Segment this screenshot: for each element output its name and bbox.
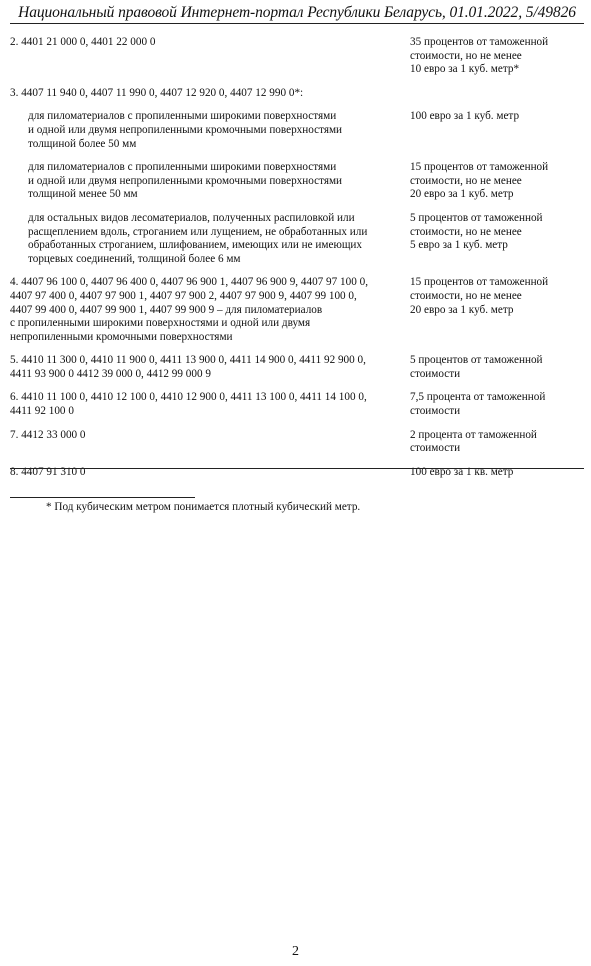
row-description: 6. 4410 11 100 0, 4410 12 100 0, 4410 12…: [10, 391, 410, 418]
row-description: для пиломатериалов с пропиленными широки…: [10, 161, 410, 202]
text-line: для остальных видов лесоматериалов, полу…: [28, 212, 410, 226]
row-rate: 15 процентов от таможеннойстоимости, но …: [410, 276, 584, 344]
text-line: 6. 4410 11 100 0, 4410 12 100 0, 4410 12…: [10, 391, 410, 405]
row-description: 7. 4412 33 000 0: [10, 429, 410, 456]
row-rate: 5 процентов от таможеннойстоимости, но н…: [410, 212, 584, 266]
text-line: 7,5 процента от таможенной: [410, 391, 584, 405]
page-header: Национальный правовой Интернет-портал Ре…: [10, 4, 584, 22]
text-line: стоимости: [410, 405, 584, 419]
table-row: для остальных видов лесоматериалов, полу…: [10, 212, 584, 266]
text-line: 5 процентов от таможенной: [410, 212, 584, 226]
table-row: 7. 4412 33 000 02 процента от таможенной…: [10, 429, 584, 456]
text-line: непропиленными кромочными поверхностями: [10, 331, 410, 345]
text-line: с пропиленными широкими поверхностями и …: [10, 317, 410, 331]
row-description: для остальных видов лесоматериалов, полу…: [10, 212, 410, 266]
tariff-table: 2. 4401 21 000 0, 4401 22 000 035 процен…: [10, 36, 584, 489]
text-line: 4407 99 400 0, 4407 99 900 1, 4407 99 90…: [10, 304, 410, 318]
text-line: стоимости: [410, 442, 584, 456]
text-line: стоимости, но не менее: [410, 175, 584, 189]
text-line: 4411 92 100 0: [10, 405, 410, 419]
text-line: 3. 4407 11 940 0, 4407 11 990 0, 4407 12…: [10, 87, 410, 101]
footnote: * Под кубическим метром понимается плотн…: [46, 500, 360, 514]
text-line: торцевых соединений, толщиной более 6 мм: [28, 253, 410, 267]
text-line: 5. 4410 11 300 0, 4410 11 900 0, 4411 13…: [10, 354, 410, 368]
text-line: для пиломатериалов с пропиленными широки…: [28, 161, 410, 175]
row-rate: [410, 87, 584, 101]
table-row: 4. 4407 96 100 0, 4407 96 400 0, 4407 96…: [10, 276, 584, 344]
text-line: 35 процентов от таможенной: [410, 36, 584, 50]
footnote-divider: [10, 497, 195, 498]
row-description: 5. 4410 11 300 0, 4410 11 900 0, 4411 13…: [10, 354, 410, 381]
table-row: 5. 4410 11 300 0, 4410 11 900 0, 4411 13…: [10, 354, 584, 381]
text-line: 10 евро за 1 куб. метр*: [410, 63, 584, 77]
text-line: стоимости, но не менее: [410, 50, 584, 64]
text-line: и одной или двумя непропиленными кромочн…: [28, 124, 410, 138]
header-divider: [10, 23, 584, 24]
text-line: 5 процентов от таможенной: [410, 354, 584, 368]
row-rate: 15 процентов от таможеннойстоимости, но …: [410, 161, 584, 202]
text-line: стоимости, но не менее: [410, 226, 584, 240]
row-rate: 35 процентов от таможеннойстоимости, но …: [410, 36, 584, 77]
row-rate: 5 процентов от таможеннойстоимости: [410, 354, 584, 381]
text-line: толщиной менее 50 мм: [28, 188, 410, 202]
text-line: 20 евро за 1 куб. метр: [410, 188, 584, 202]
text-line: 100 евро за 1 куб. метр: [410, 110, 584, 124]
table-row: 3. 4407 11 940 0, 4407 11 990 0, 4407 12…: [10, 87, 584, 101]
page-number: 2: [0, 944, 591, 960]
text-line: для пиломатериалов с пропиленными широки…: [28, 110, 410, 124]
text-line: 2. 4401 21 000 0, 4401 22 000 0: [10, 36, 410, 50]
text-line: обработанных строганием, шлифованием, им…: [28, 239, 410, 253]
text-line: 7. 4412 33 000 0: [10, 429, 410, 443]
row-description: 4. 4407 96 100 0, 4407 96 400 0, 4407 96…: [10, 276, 410, 344]
text-line: 4407 97 400 0, 4407 97 900 1, 4407 97 90…: [10, 290, 410, 304]
text-line: 15 процентов от таможенной: [410, 276, 584, 290]
row-rate: 100 евро за 1 куб. метр: [410, 110, 584, 151]
text-line: расщеплением вдоль, строганием или лущен…: [28, 226, 410, 240]
row-description: 3. 4407 11 940 0, 4407 11 990 0, 4407 12…: [10, 87, 410, 101]
row-description: 2. 4401 21 000 0, 4401 22 000 0: [10, 36, 410, 77]
text-line: 20 евро за 1 куб. метр: [410, 304, 584, 318]
text-line: 15 процентов от таможенной: [410, 161, 584, 175]
text-line: и одной или двумя непропиленными кромочн…: [28, 175, 410, 189]
table-row: 6. 4410 11 100 0, 4410 12 100 0, 4410 12…: [10, 391, 584, 418]
table-row: 2. 4401 21 000 0, 4401 22 000 035 процен…: [10, 36, 584, 77]
text-line: стоимости, но не менее: [410, 290, 584, 304]
text-line: 5 евро за 1 куб. метр: [410, 239, 584, 253]
table-row: для пиломатериалов с пропиленными широки…: [10, 161, 584, 202]
text-line: 4. 4407 96 100 0, 4407 96 400 0, 4407 96…: [10, 276, 410, 290]
table-bottom-rule: [10, 468, 584, 469]
text-line: толщиной более 50 мм: [28, 138, 410, 152]
text-line: 4411 93 900 0 4412 39 000 0, 4412 99 000…: [10, 368, 410, 382]
row-rate: 2 процента от таможеннойстоимости: [410, 429, 584, 456]
text-line: 2 процента от таможенной: [410, 429, 584, 443]
text-line: стоимости: [410, 368, 584, 382]
row-description: для пиломатериалов с пропиленными широки…: [10, 110, 410, 151]
row-rate: 7,5 процента от таможеннойстоимости: [410, 391, 584, 418]
table-row: для пиломатериалов с пропиленными широки…: [10, 110, 584, 151]
